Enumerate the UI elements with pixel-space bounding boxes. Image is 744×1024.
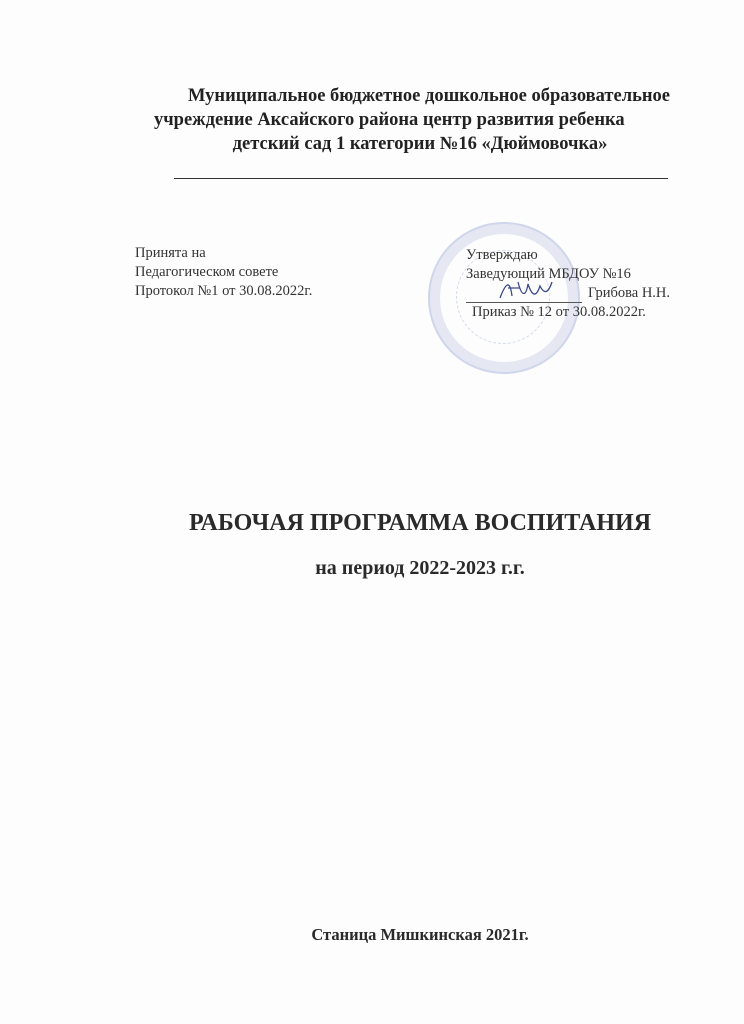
signature-icon xyxy=(466,284,582,303)
institution-header: Муниципальное бюджетное дошкольное образ… xyxy=(150,84,690,156)
approval-order: Приказ № 12 от 30.08.2022г. xyxy=(472,303,670,322)
document-title: РАБОЧАЯ ПРОГРАММА ВОСПИТАНИЯ xyxy=(150,508,690,538)
signature-line: Грибова Н.Н. xyxy=(466,284,670,303)
document-place-year: Станица Мишкинская 2021г. xyxy=(270,924,570,946)
header-divider xyxy=(174,178,668,179)
accepted-line-3: Протокол №1 от 30.08.2022г. xyxy=(135,282,312,301)
header-line-3: детский сад 1 категории №16 «Дюймовочка» xyxy=(150,132,690,156)
header-line-1: Муниципальное бюджетное дошкольное образ… xyxy=(150,84,690,108)
accepted-line-1: Принята на xyxy=(135,244,312,263)
document-page: Муниципальное бюджетное дошкольное образ… xyxy=(0,0,744,1024)
signatory-name: Грибова Н.Н. xyxy=(588,284,670,303)
header-line-2: учреждение Аксайского района центр разви… xyxy=(150,108,690,132)
approval-block: Утверждаю Заведующий МБДОУ №16 Грибова Н… xyxy=(466,246,670,322)
document-period: на период 2022-2023 г.г. xyxy=(150,555,690,581)
accepted-line-2: Педагогическом совете xyxy=(135,263,312,282)
approval-line-1: Утверждаю xyxy=(466,246,670,265)
accepted-block: Принята на Педагогическом совете Протоко… xyxy=(135,244,312,301)
